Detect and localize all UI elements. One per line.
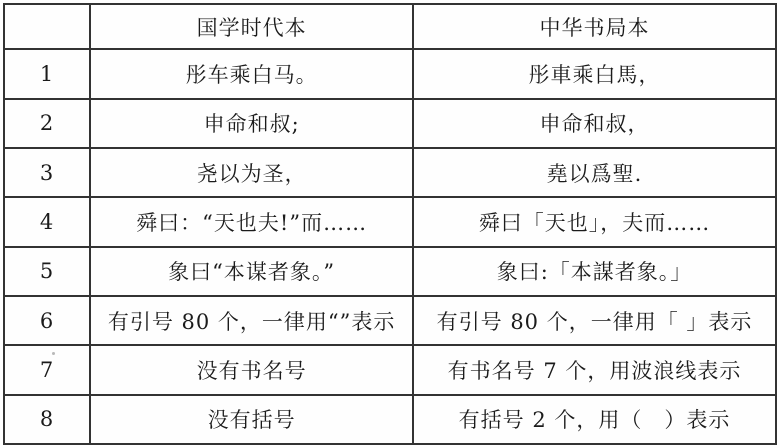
cell-guoxue: 有引号 80 个，一律用“”表示 <box>90 296 413 345</box>
header-cell-zhonghua-edition: 中华书局本 <box>413 4 776 49</box>
comparison-table: 国学时代本 中华书局本 1 彤车乘白马。 彤車乘白馬， 2 申命和叔; 申命和叔… <box>3 3 777 445</box>
cell-guoxue: 尧以为圣， <box>90 148 413 197</box>
table-header-row: 国学时代本 中华书局本 <box>4 4 776 49</box>
table-row: 3 尧以为圣， 堯以爲聖. <box>4 148 776 197</box>
row-number: 2 <box>4 99 90 148</box>
cell-zhonghua: 舜曰「天也」，夫而…… <box>413 197 776 246</box>
row-number: 6 <box>4 296 90 345</box>
cell-guoxue: 没有书名号 <box>90 345 413 394</box>
cell-zhonghua: 有书名号 7 个，用波浪线表示 <box>413 345 776 394</box>
cell-guoxue: 彤车乘白马。 <box>90 49 413 98</box>
cell-zhonghua: 彤車乘白馬， <box>413 49 776 98</box>
table-row: 1 彤车乘白马。 彤車乘白馬， <box>4 49 776 98</box>
cell-zhonghua: 有括号 2 个，用（ ）表示 <box>413 395 776 444</box>
row-number: 3 <box>4 148 90 197</box>
cell-guoxue: 舜曰：“天也夫!”而…… <box>90 197 413 246</box>
table-row: 6 有引号 80 个，一律用“”表示 有引号 80 个，一律用「 」表示 <box>4 296 776 345</box>
cell-guoxue: 象曰“本谋者象。” <box>90 247 413 296</box>
cell-zhonghua: 申命和叔， <box>413 99 776 148</box>
table-row: 2 申命和叔; 申命和叔， <box>4 99 776 148</box>
table-row: 7 没有书名号 有书名号 7 个，用波浪线表示 <box>4 345 776 394</box>
cell-guoxue: 没有括号 <box>90 395 413 444</box>
row-number: 7 <box>4 345 90 394</box>
table-row: 4 舜曰：“天也夫!”而…… 舜曰「天也」，夫而…… <box>4 197 776 246</box>
header-cell-number <box>4 4 90 49</box>
cell-zhonghua: 象曰:「本謀者象。」 <box>413 247 776 296</box>
table-row: 5 象曰“本谋者象。” 象曰:「本謀者象。」 <box>4 247 776 296</box>
cell-guoxue: 申命和叔; <box>90 99 413 148</box>
cell-zhonghua: 有引号 80 个，一律用「 」表示 <box>413 296 776 345</box>
scanned-document-page: 国学时代本 中华书局本 1 彤车乘白马。 彤車乘白馬， 2 申命和叔; 申命和叔… <box>0 0 780 448</box>
cell-zhonghua: 堯以爲聖. <box>413 148 776 197</box>
header-cell-guoxue-edition: 国学时代本 <box>90 4 413 49</box>
row-number: 1 <box>4 49 90 98</box>
table-row: 8 没有括号 有括号 2 个，用（ ）表示 <box>4 395 776 444</box>
scan-noise-speck <box>52 352 55 355</box>
row-number: 8 <box>4 395 90 444</box>
row-number: 5 <box>4 247 90 296</box>
row-number: 4 <box>4 197 90 246</box>
